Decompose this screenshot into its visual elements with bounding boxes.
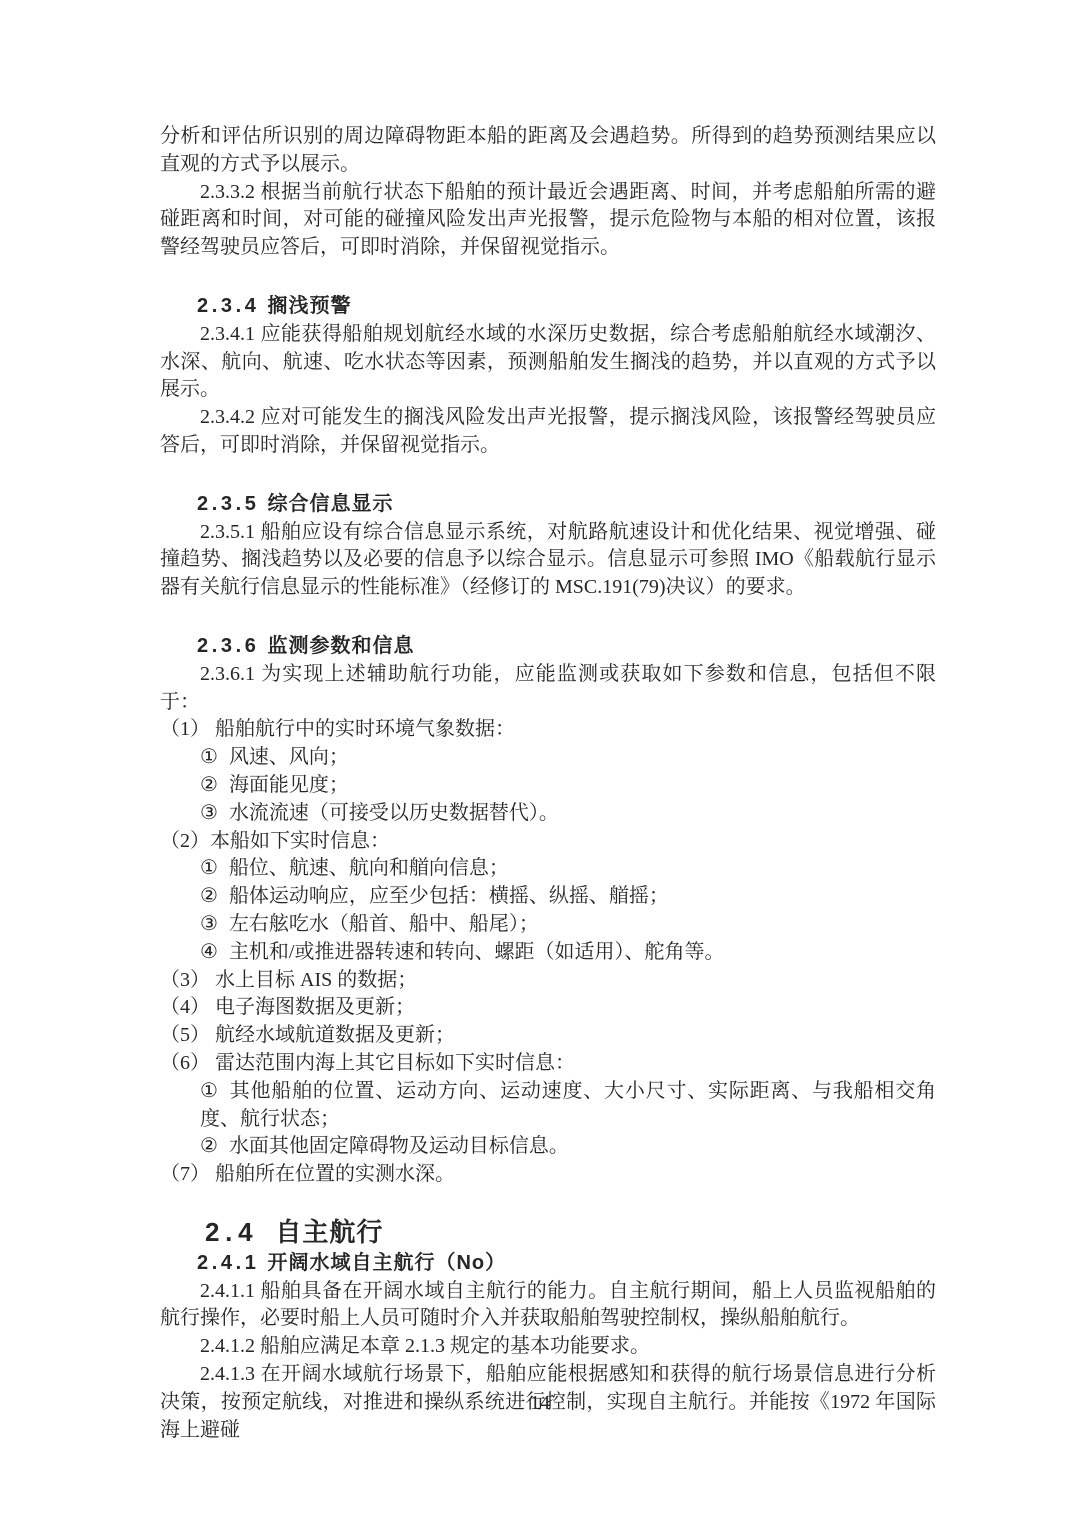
paragraph: 分析和评估所识别的周边障碍物距本船的距离及会遇趋势。所得到的趋势预测结果应以直观…: [160, 123, 936, 179]
list-item: （4） 电子海图数据及更新；: [160, 994, 936, 1022]
sub-list-item-text: 水面其他固定障碍物及运动目标信息。: [229, 1135, 569, 1157]
circled-number-marker: ①: [200, 746, 218, 768]
sub-list-item: ③水流流速（可接受以历史数据替代）。: [200, 800, 936, 828]
section-heading-2-3-6: 2.3.6监测参数和信息: [160, 633, 936, 661]
section-title: 搁浅预警: [267, 295, 351, 317]
sub-list-item: ②水面其他固定障碍物及运动目标信息。: [200, 1133, 936, 1161]
section-heading-2-3-4: 2.3.4搁浅预警: [160, 293, 936, 321]
list-item: （2）本船如下实时信息：: [160, 828, 936, 856]
list-item: （5） 航经水域航道数据及更新；: [160, 1022, 936, 1050]
document-page: { "colors": { "background": "#ffffff", "…: [0, 0, 1080, 1527]
chapter-title: 自主航行: [275, 1217, 383, 1247]
circled-number-marker: ①: [200, 1080, 219, 1102]
sub-list-item: ③左右舷吃水（船首、船中、船尾）；: [200, 911, 936, 939]
sub-list-item: ②海面能见度；: [200, 772, 936, 800]
sub-list-item-text: 船位、航速、航向和艏向信息；: [229, 857, 509, 879]
chapter-number: 2.4: [205, 1217, 258, 1247]
circled-number-marker: ③: [200, 802, 218, 824]
sub-list-item: ①其他船舶的位置、运动方向、运动速度、大小尺寸、实际距离、与我船相交角度、航行状…: [200, 1078, 936, 1134]
list-item: （6） 雷达范围内海上其它目标如下实时信息：: [160, 1050, 936, 1078]
sub-list-item-text: 风速、风向；: [229, 746, 349, 768]
sub-list-item-text: 水流流速（可接受以历史数据替代）。: [229, 802, 559, 824]
circled-number-marker: ①: [200, 857, 218, 879]
sub-list-item-text: 海面能见度；: [229, 774, 349, 796]
paragraph: 2.3.5.1 船舶应设有综合信息显示系统，对航路航速设计和优化结果、视觉增强、…: [160, 519, 936, 602]
sub-list-item-text: 船体运动响应，应至少包括：横摇、纵摇、艏摇；: [229, 885, 669, 907]
section-heading-2-4-1: 2.4.1开阔水域自主航行（No）: [160, 1250, 936, 1278]
circled-number-marker: ③: [200, 913, 218, 935]
sub-list-item: ①船位、航速、航向和艏向信息；: [200, 855, 936, 883]
section-number: 2.3.6: [197, 635, 259, 657]
sub-list-item: ④主机和/或推进器转速和转向、螺距（如适用）、舵角等。: [200, 939, 936, 967]
sub-list-item-text: 其他船舶的位置、运动方向、运动速度、大小尺寸、实际距离、与我船相交角度、航行状态…: [200, 1080, 936, 1130]
page-content: 分析和评估所识别的周边障碍物距本船的距离及会遇趋势。所得到的趋势预测结果应以直观…: [160, 123, 936, 1444]
section-title: 综合信息显示: [267, 493, 393, 515]
circled-number-marker: ④: [200, 941, 218, 963]
list-item: （3） 水上目标 AIS 的数据；: [160, 967, 936, 995]
section-title: 监测参数和信息: [267, 635, 414, 657]
list-item: （1） 船舶航行中的实时环境气象数据：: [160, 716, 936, 744]
section-title: 开阔水域自主航行（No）: [267, 1252, 506, 1274]
circled-number-marker: ②: [200, 1135, 218, 1157]
sub-list-item: ①风速、风向；: [200, 744, 936, 772]
paragraph: 2.3.4.1 应能获得船舶规划航经水域的水深历史数据，综合考虑船舶航经水域潮汐…: [160, 321, 936, 404]
section-number: 2.3.5: [197, 493, 259, 515]
circled-number-marker: ②: [200, 885, 218, 907]
paragraph: 2.4.1.1 船舶具备在开阔水域自主航行的能力。自主航行期间，船上人员监视船舶…: [160, 1278, 936, 1334]
page-number: 14: [0, 1392, 1080, 1415]
chapter-heading-2-4: 2.4自主航行: [160, 1216, 936, 1249]
paragraph: 2.3.4.2 应对可能发生的搁浅风险发出声光报警，提示搁浅风险，该报警经驾驶员…: [160, 404, 936, 460]
list-item: （7） 船舶所在位置的实测水深。: [160, 1161, 936, 1189]
sub-list-item-text: 左右舷吃水（船首、船中、船尾）；: [229, 913, 539, 935]
paragraph: 2.3.3.2 根据当前航行状态下船舶的预计最近会遇距离、时间，并考虑船舶所需的…: [160, 179, 936, 262]
paragraph: 2.4.1.2 船舶应满足本章 2.1.3 规定的基本功能要求。: [160, 1333, 936, 1361]
section-heading-2-3-5: 2.3.5综合信息显示: [160, 491, 936, 519]
paragraph: 2.3.6.1 为实现上述辅助航行功能，应能监测或获取如下参数和信息，包括但不限…: [160, 661, 936, 717]
section-number: 2.4.1: [197, 1252, 259, 1274]
section-number: 2.3.4: [197, 295, 259, 317]
sub-list-item-text: 主机和/或推进器转速和转向、螺距（如适用）、舵角等。: [229, 941, 725, 963]
circled-number-marker: ②: [200, 774, 218, 796]
sub-list-item: ②船体运动响应，应至少包括：横摇、纵摇、艏摇；: [200, 883, 936, 911]
